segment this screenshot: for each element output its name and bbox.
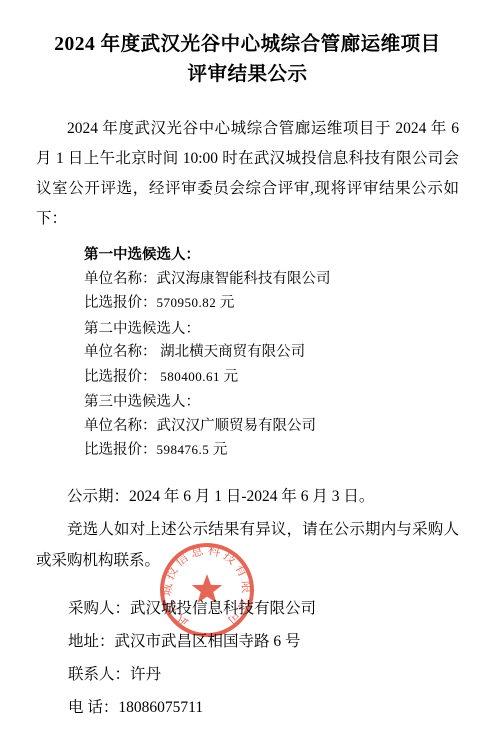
purchaser-line: 采购人：武汉城投信息科技有限公司 [68, 592, 459, 625]
phone-line: 电 话：18086075711 [68, 691, 459, 724]
announcement-page: 2024 年度武汉光谷中心城综合管廊运维项目 评审结果公示 2024 年度武汉光… [0, 0, 499, 734]
candidate-block-3: 第三中选候选人： 单位名称：武汉汉广顺贸易有限公司 比选报价：598476.5 … [84, 391, 459, 463]
price-label: 比选报价： [84, 369, 157, 385]
publicity-period: 公示期：2024 年 6 月 1 日-2024 年 6 月 3 日。 [36, 485, 459, 509]
candidate-1-rank-label: 第一中选候选人： [84, 244, 459, 268]
price-unit: 元 [209, 442, 227, 458]
candidate-block-2: 第二中选候选人： 单位名称： 湖北横天商贸有限公司 比选报价： 580400.6… [84, 318, 459, 390]
candidate-3-rank-label: 第三中选候选人： [84, 391, 459, 415]
title-line-1: 2024 年度武汉光谷中心城综合管廊运维项目 [36, 30, 459, 60]
candidate-1-price-line: 比选报价：570950.82 元 [84, 291, 459, 316]
objection-note: 竞选人如对上述公示结果有异议，请在公示期内与采购人或采购机构联系。 [36, 514, 459, 576]
address-line: 地址：武汉市武昌区相国寺路 6 号 [68, 625, 459, 658]
contact-value: 许丹 [130, 666, 161, 683]
title-line-2: 评审结果公示 [36, 60, 459, 90]
phone-value: 18086075711 [118, 699, 203, 716]
address-label: 地址： [68, 633, 115, 650]
company-name: 武汉海康智能科技有限公司 [157, 271, 331, 287]
name-label: 单位名称： [84, 344, 157, 360]
purchaser-value: 武汉城投信息科技有限公司 [130, 600, 316, 617]
candidate-block-1: 第一中选候选人： 单位名称：武汉海康智能科技有限公司 比选报价：570950.8… [84, 244, 459, 316]
phone-label: 电 话： [68, 699, 118, 716]
company-name: 湖北横天商贸有限公司 [157, 344, 306, 360]
contact-line: 联系人：许丹 [68, 658, 459, 691]
candidate-1-name-line: 单位名称：武汉海康智能科技有限公司 [84, 268, 459, 292]
price-value: 598476.5 [157, 442, 210, 457]
name-label: 单位名称： [84, 271, 157, 287]
purchaser-label: 采购人： [68, 600, 130, 617]
company-name: 武汉汉广顺贸易有限公司 [157, 418, 317, 434]
candidate-3-name-line: 单位名称：武汉汉广顺贸易有限公司 [84, 415, 459, 439]
document-title: 2024 年度武汉光谷中心城综合管廊运维项目 评审结果公示 [36, 30, 459, 90]
candidate-2-rank-label: 第二中选候选人： [84, 318, 459, 342]
candidates-section: 第一中选候选人： 单位名称：武汉海康智能科技有限公司 比选报价：570950.8… [36, 244, 459, 463]
contact-section: 采购人：武汉城投信息科技有限公司 地址：武汉市武昌区相国寺路 6 号 联系人：许… [36, 592, 459, 724]
address-value: 武汉市武昌区相国寺路 6 号 [115, 633, 301, 650]
candidate-3-price-line: 比选报价：598476.5 元 [84, 438, 459, 463]
intro-paragraph: 2024 年度武汉光谷中心城综合管廊运维项目于 2024 年 6 月 1 日上午… [36, 114, 459, 234]
name-label: 单位名称： [84, 418, 157, 434]
price-unit: 元 [216, 295, 234, 311]
price-value: 580400.61 [157, 369, 221, 384]
price-label: 比选报价： [84, 295, 157, 311]
price-value: 570950.82 [157, 295, 217, 310]
price-label: 比选报价： [84, 442, 157, 458]
price-unit: 元 [220, 369, 238, 385]
candidate-2-name-line: 单位名称： 湖北横天商贸有限公司 [84, 341, 459, 365]
candidate-2-price-line: 比选报价： 580400.61 元 [84, 365, 459, 390]
contact-label: 联系人： [68, 666, 130, 683]
